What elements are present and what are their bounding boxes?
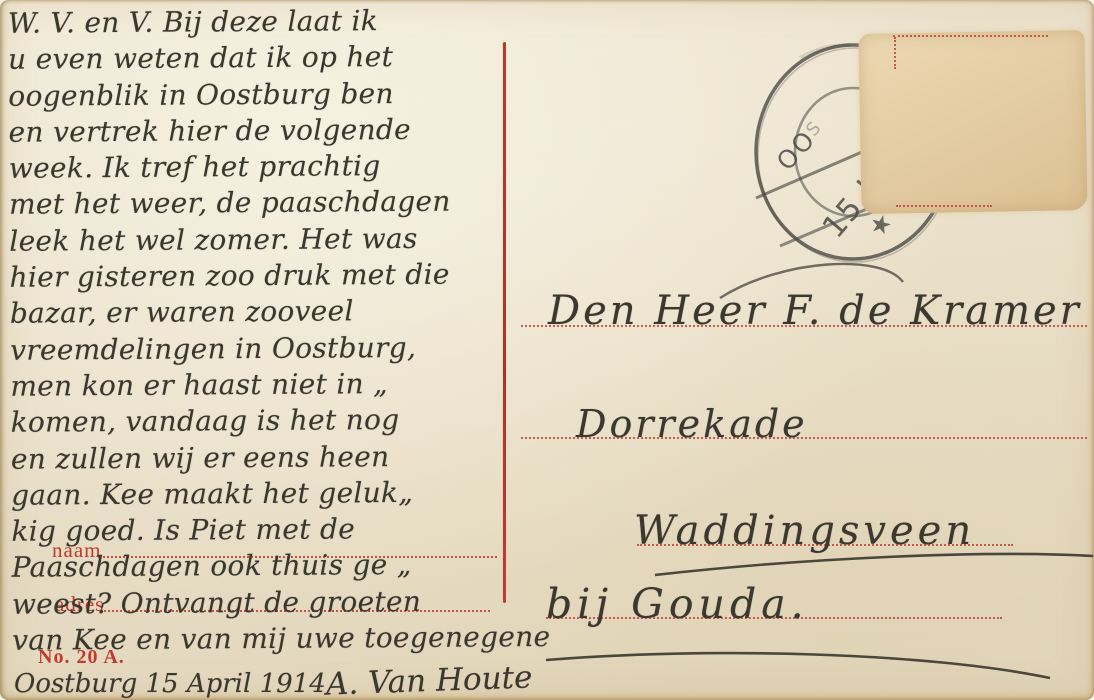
dateline-row: Oostburg 15 April 1914 A. Van Houte xyxy=(14,663,506,699)
message-line: u even weten dat ik op het xyxy=(8,39,508,79)
stampbox-left-dotted xyxy=(894,37,896,69)
message-line: oogenblik in Oostburg ben xyxy=(8,75,508,115)
message-line: met het weer, de paaschdagen xyxy=(9,184,509,224)
address-region: bij Gouda. xyxy=(546,580,809,628)
message-line: en zullen wij er eens heen xyxy=(11,438,511,478)
message-line: kig goed. Is Piet met de xyxy=(11,510,511,550)
message-line: W. V. en V. Bij deze laat ik xyxy=(8,2,508,42)
message-line: hier gisteren zoo druk met die xyxy=(9,256,509,296)
stamp-residue xyxy=(858,30,1087,214)
message-line: gaan. Kee maakt het geluk„ xyxy=(11,474,511,514)
message-line: en vertrek hier de volgende xyxy=(8,111,508,151)
message-line: week. Ik tref het prachtig xyxy=(9,147,509,187)
message-line: weest? Ontvangt de groeten xyxy=(12,583,512,623)
message-line: Paaschdagen ook thuis ge „ xyxy=(12,547,512,587)
message-line: bazar, er waren zooveel xyxy=(10,293,510,333)
postcard-back: W. V. en V. Bij deze laat ik u even wete… xyxy=(0,0,1094,700)
address-recipient: Den Heer F. de Kramer xyxy=(548,288,1082,334)
stampbox-top-dotted xyxy=(893,35,1048,37)
signature: A. Van Houte xyxy=(325,659,533,700)
address-street: Dorrekade xyxy=(576,402,808,446)
message-line: komen, vandaag is het nog xyxy=(11,402,511,442)
handwritten-message: W. V. en V. Bij deze laat ik u even wete… xyxy=(8,2,513,659)
stampbox-bottom-dotted xyxy=(896,205,992,207)
message-line: leek het wel zomer. Het was xyxy=(9,220,509,260)
message-line: van Kee en van mij uwe toegenegene xyxy=(12,619,512,659)
message-line: vreemdelingen in Oostburg, xyxy=(10,329,510,369)
address-town: Waddingsveen xyxy=(634,508,975,554)
place-date: Oostburg 15 April 1914 xyxy=(14,669,326,699)
message-line: men kon er haast niet in „ xyxy=(10,365,510,405)
